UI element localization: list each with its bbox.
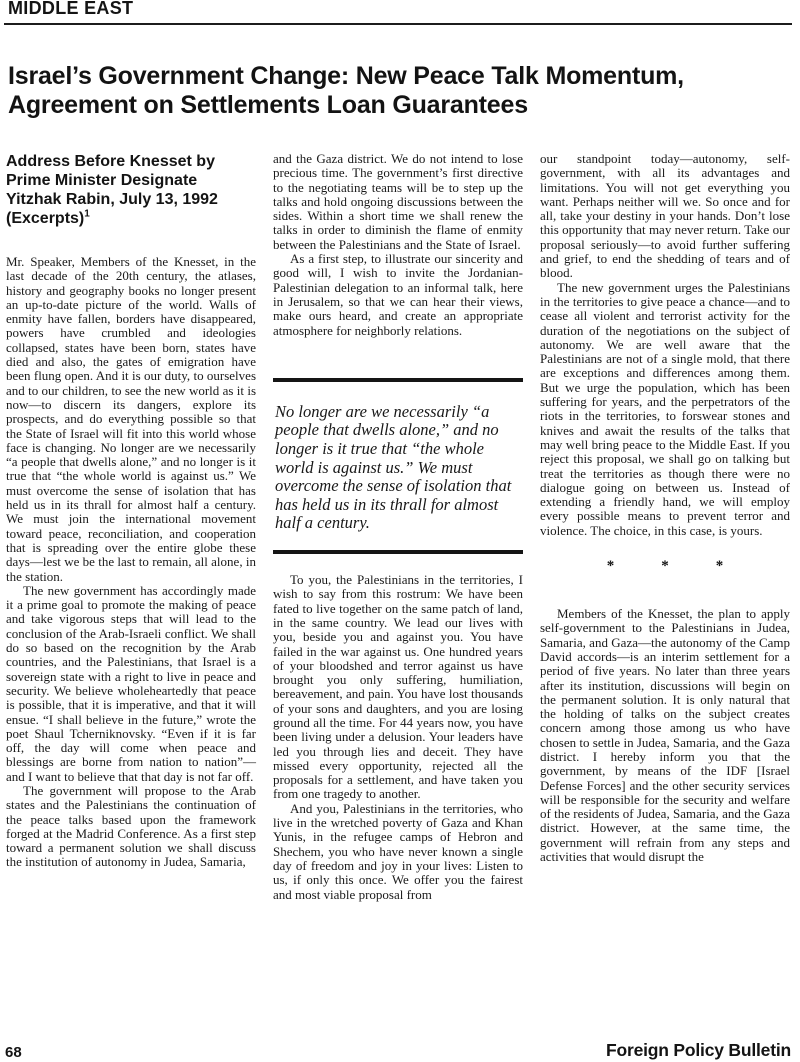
article-title-line-1: Israel’s Government Change: New Peace Ta… bbox=[8, 62, 778, 91]
asterisk: * bbox=[661, 559, 669, 574]
section-header: MIDDLE EAST bbox=[8, 0, 133, 19]
journal-name: Foreign Policy Bulletin bbox=[606, 1040, 791, 1061]
paragraph: and the Gaza district. We do not intend … bbox=[273, 152, 523, 252]
paragraph: The government will propose to the Arab … bbox=[6, 784, 256, 870]
subtitle-line-4: (Excerpts)1 bbox=[6, 209, 256, 228]
paragraph: As a first step, to illustrate our since… bbox=[273, 252, 523, 338]
paragraph: The new government has accordingly made … bbox=[6, 584, 256, 784]
article-title-line-2: Agreement on Settlements Loan Guarantees bbox=[8, 91, 778, 120]
header-rule bbox=[4, 23, 792, 25]
article-columns: Address Before Knesset by Prime Minister… bbox=[6, 152, 790, 902]
column-3: our standpoint today—autonomy, self-gove… bbox=[540, 152, 790, 902]
subtitle-line-1: Address Before Knesset by bbox=[6, 152, 256, 171]
article-title: Israel’s Government Change: New Peace Ta… bbox=[8, 62, 778, 120]
pull-quote-text: No longer are we necessarily “a people t… bbox=[275, 403, 521, 533]
asterisk: * bbox=[607, 559, 615, 574]
asterisk: * bbox=[716, 559, 724, 574]
subtitle-line-2: Prime Minister Designate bbox=[6, 171, 256, 190]
paragraph: our standpoint today—autonomy, self-gove… bbox=[540, 152, 790, 281]
page-number: 68 bbox=[5, 1044, 22, 1061]
pull-quote: No longer are we necessarily “a people t… bbox=[273, 378, 523, 554]
subtitle-line-4-text: (Excerpts) bbox=[6, 210, 84, 227]
footnote-marker: 1 bbox=[84, 209, 90, 220]
column-2: and the Gaza district. We do not intend … bbox=[273, 152, 523, 902]
subtitle-line-3: Yitzhak Rabin, July 13, 1992 bbox=[6, 190, 256, 209]
bulletin-page: MIDDLE EAST Israel’s Government Change: … bbox=[0, 0, 800, 1062]
section-separator: * * * bbox=[540, 559, 790, 574]
paragraph: Mr. Speaker, Members of the Knesset, in … bbox=[6, 255, 256, 584]
page-footer: 68 Foreign Policy Bulletin bbox=[5, 1040, 791, 1061]
column-1: Address Before Knesset by Prime Minister… bbox=[6, 152, 256, 902]
paragraph: The new government urges the Palestinian… bbox=[540, 281, 790, 538]
article-subtitle: Address Before Knesset by Prime Minister… bbox=[6, 152, 256, 228]
paragraph: To you, the Palestinians in the territor… bbox=[273, 573, 523, 802]
paragraph: Members of the Knesset, the plan to appl… bbox=[540, 607, 790, 864]
paragraph: And you, Palestinians in the territories… bbox=[273, 802, 523, 902]
